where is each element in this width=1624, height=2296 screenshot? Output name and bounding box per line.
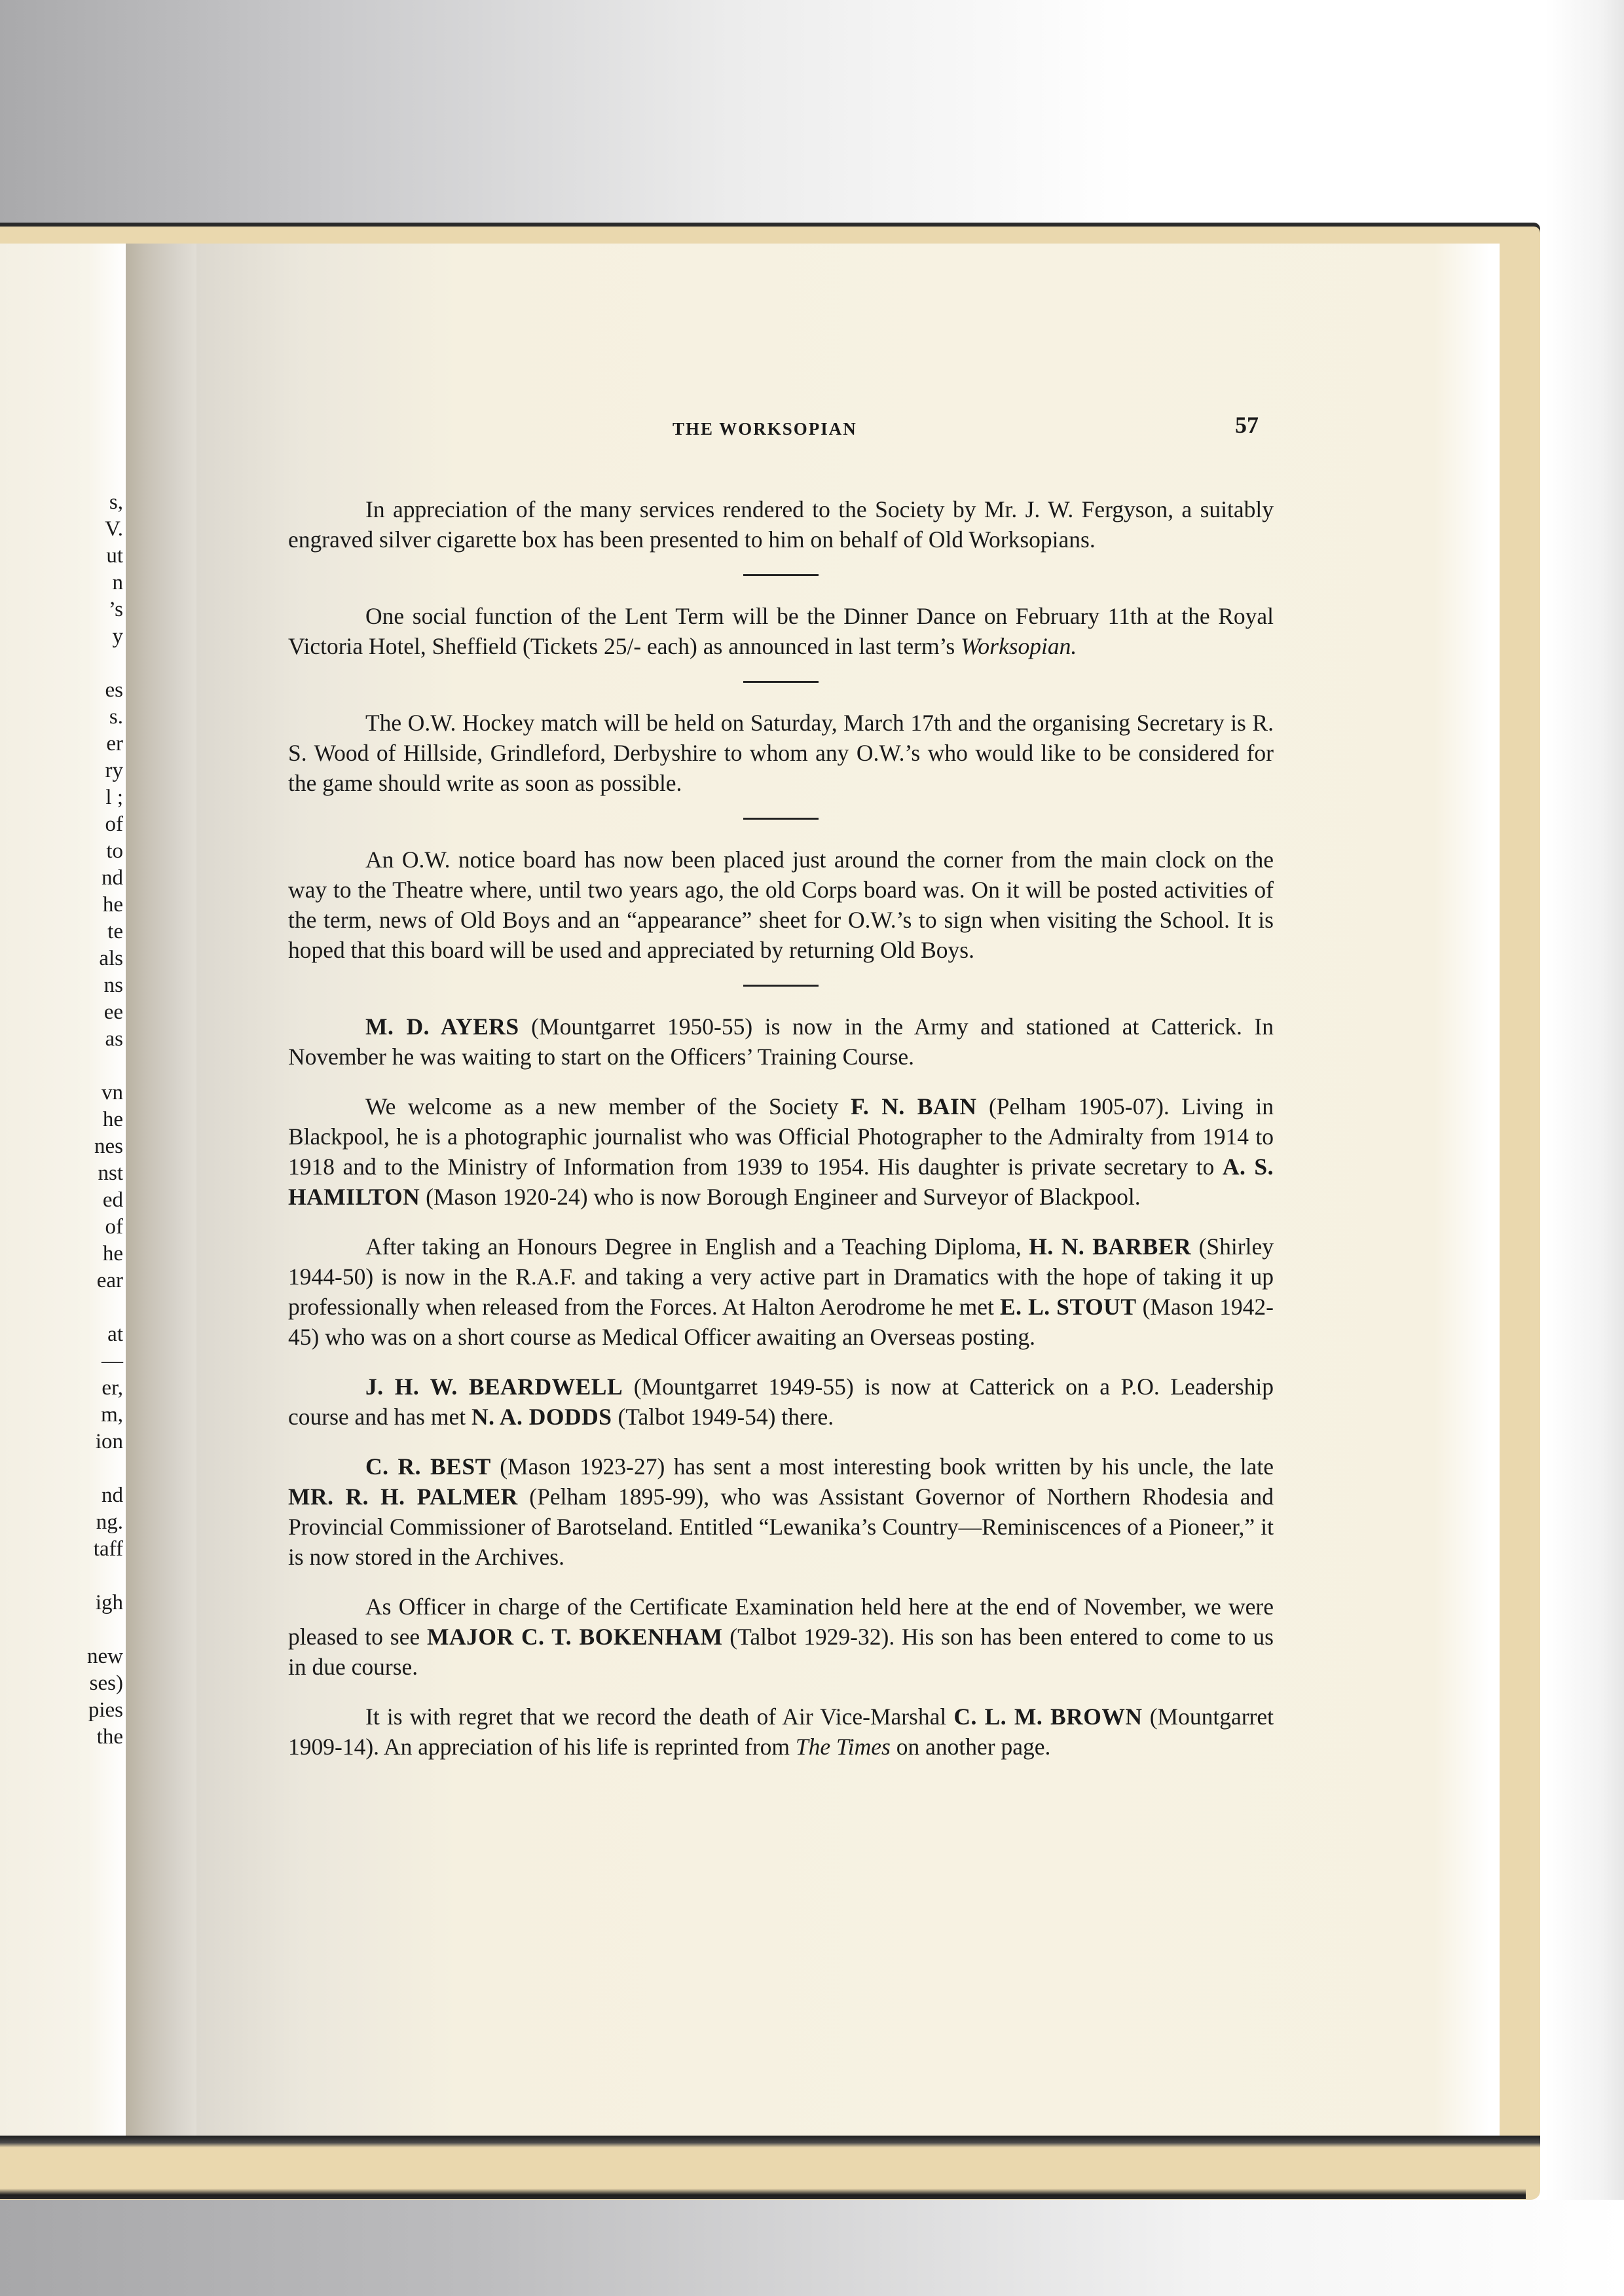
left-page-fragment: ns [0, 972, 124, 999]
person-name: N. A. DODDS [471, 1404, 612, 1430]
left-page-fragment: new [0, 1643, 124, 1670]
left-page-fragment: s. [0, 704, 124, 731]
person-name: J. H. W. BEARDWELL [365, 1374, 623, 1400]
left-page-fragment: s, [0, 489, 124, 516]
left-page-fragment: of [0, 1214, 124, 1241]
right-page-edge [1434, 244, 1500, 2136]
text-run: on another page. [891, 1734, 1050, 1760]
paragraph-dinner-dance: One social function of the Lent Term wil… [288, 601, 1274, 661]
left-page-fragment: m, [0, 1402, 124, 1429]
left-page-fragment: nd [0, 1482, 124, 1509]
section-divider [743, 681, 819, 683]
left-page-fragment [0, 1616, 124, 1643]
left-page-fragment: er [0, 731, 124, 757]
left-page-fragment: he [0, 1106, 124, 1133]
person-name: C. R. BEST [365, 1453, 491, 1480]
left-page-fragment: ear [0, 1267, 124, 1294]
paragraph-best: C. R. BEST (Mason 1923-27) has sent a mo… [288, 1451, 1274, 1572]
section-divider [743, 985, 819, 987]
scanner-background-right [1545, 0, 1624, 2296]
left-page-fragment [0, 1563, 124, 1590]
cover-shadow-bottom-edge [0, 2189, 1526, 2199]
left-page-fragment: to [0, 838, 124, 865]
left-page-fragment: ion [0, 1429, 124, 1455]
person-name: F. N. BAIN [851, 1093, 977, 1120]
running-head: THE WORKSOPIAN [673, 419, 857, 439]
person-name: E. L. STOUT [1000, 1294, 1137, 1320]
paragraph-ayers: M. D. AYERS (Mountgarret 1950-55) is now… [288, 1011, 1274, 1072]
italic-title: Worksopian. [961, 633, 1077, 659]
left-page-fragment: nst [0, 1160, 124, 1187]
left-page-fragment: nes [0, 1133, 124, 1160]
left-page-fragment: er, [0, 1375, 124, 1402]
page-number: 57 [1235, 411, 1259, 439]
paragraph-hockey: The O.W. Hockey match will be held on Sa… [288, 708, 1274, 798]
left-page-fragment: n [0, 570, 124, 596]
left-page-fragment: V. [0, 516, 124, 543]
text-run: The O.W. Hockey match will be held on Sa… [288, 710, 1274, 796]
text-run: It is with regret that we record the dea… [365, 1704, 953, 1730]
text-run: An O.W. notice board has now been placed… [288, 847, 1274, 963]
italic-title: The Times [796, 1734, 891, 1760]
paragraph-bain: We welcome as a new member of the Societ… [288, 1091, 1274, 1212]
article-body: In appreciation of the many services ren… [288, 494, 1274, 1781]
left-page-fragment: ut [0, 543, 124, 570]
left-page-fragment: te [0, 919, 124, 945]
person-name: H. N. BARBER [1029, 1233, 1191, 1260]
left-page-fragment: of [0, 811, 124, 838]
section-divider [743, 818, 819, 820]
left-page-fragment [0, 1455, 124, 1482]
left-page-fragment: l ; [0, 784, 124, 811]
left-page-fragment: pies [0, 1697, 124, 1724]
left-page-text-fragments: s,V.utn’syess.erryl ;oftondhetealsnseeas… [0, 489, 124, 1751]
left-page-fragment: ry [0, 757, 124, 784]
left-page-fragment: vn [0, 1080, 124, 1106]
person-name: MAJOR C. T. BOKENHAM [427, 1624, 722, 1650]
left-page-fragment [0, 1294, 124, 1321]
paragraph-brown: It is with regret that we record the dea… [288, 1702, 1274, 1762]
text-run: (Mason 1923-27) has sent a most interest… [491, 1453, 1274, 1480]
left-page-fragment: igh [0, 1590, 124, 1616]
left-page-fragment: taff [0, 1536, 124, 1563]
left-page-fragment: ee [0, 999, 124, 1026]
person-name: M. D. AYERS [365, 1013, 519, 1040]
person-name: MR. R. H. PALMER [288, 1484, 518, 1510]
left-page-fragment: he [0, 892, 124, 919]
text-run: We welcome as a new member of the Societ… [365, 1093, 851, 1120]
left-page: s,V.utn’syess.erryl ;oftondhetealsnseeas… [0, 244, 126, 2136]
paragraph-beardwell: J. H. W. BEARDWELL (Mountgarret 1949-55)… [288, 1372, 1274, 1432]
left-page-fragment: ’s [0, 596, 124, 623]
left-page-fragment: als [0, 945, 124, 972]
text-run: One social function of the Lent Term wil… [288, 603, 1274, 659]
text-run: After taking an Honours Degree in Englis… [365, 1233, 1029, 1260]
left-page-fragment: — [0, 1348, 124, 1375]
left-page-fragment: y [0, 623, 124, 650]
section-divider [743, 574, 819, 576]
cover-shadow-top-of-bottom-edge [0, 2136, 1540, 2147]
paragraph-bokenham: As Officer in charge of the Certificate … [288, 1592, 1274, 1682]
left-page-fragment: ses) [0, 1670, 124, 1697]
left-page-fragment: ng. [0, 1509, 124, 1536]
left-page-fragment [0, 1053, 124, 1080]
paragraph-fergyson: In appreciation of the many services ren… [288, 494, 1274, 555]
paragraph-notice-board: An O.W. notice board has now been placed… [288, 845, 1274, 965]
scanner-background-bottom [0, 2200, 1624, 2296]
left-page-fragment: he [0, 1241, 124, 1267]
paragraph-barber: After taking an Honours Degree in Englis… [288, 1231, 1274, 1352]
left-page-fragment: nd [0, 865, 124, 892]
left-page-fragment [0, 650, 124, 677]
left-page-fragment: the [0, 1724, 124, 1751]
person-name: C. L. M. BROWN [953, 1704, 1142, 1730]
text-run: In appreciation of the many services ren… [288, 496, 1274, 553]
text-run: (Talbot 1949-54) there. [612, 1404, 834, 1430]
left-page-fragment: ed [0, 1187, 124, 1214]
text-run: (Mason 1920-24) who is now Borough Engin… [420, 1184, 1140, 1210]
left-page-fragment: es [0, 677, 124, 704]
left-page-fragment: at [0, 1321, 124, 1348]
left-page-fragment: as [0, 1026, 124, 1053]
